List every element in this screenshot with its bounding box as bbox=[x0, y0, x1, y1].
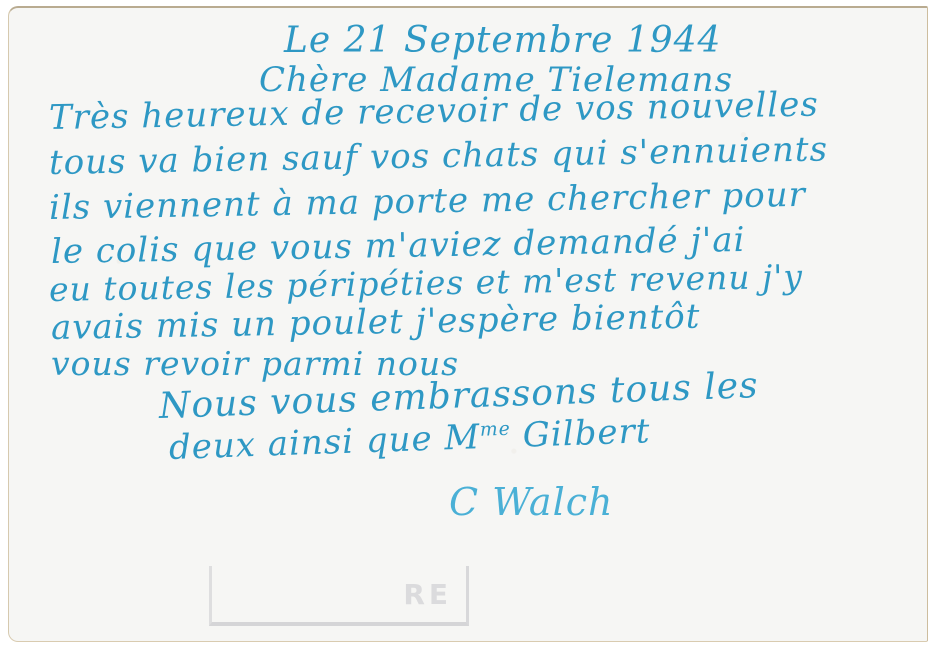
rubber-stamp-mark: RE bbox=[209, 566, 469, 626]
closing-name: Gilbert bbox=[522, 411, 651, 455]
closing-superscript: me bbox=[480, 419, 511, 441]
stamp-text: RE bbox=[403, 578, 452, 611]
date-line: Le 21 Septembre 1944 bbox=[284, 20, 721, 61]
signature: C Walch bbox=[449, 480, 613, 524]
postcard: Le 21 Septembre 1944 Chère Madame Tielem… bbox=[8, 6, 928, 642]
